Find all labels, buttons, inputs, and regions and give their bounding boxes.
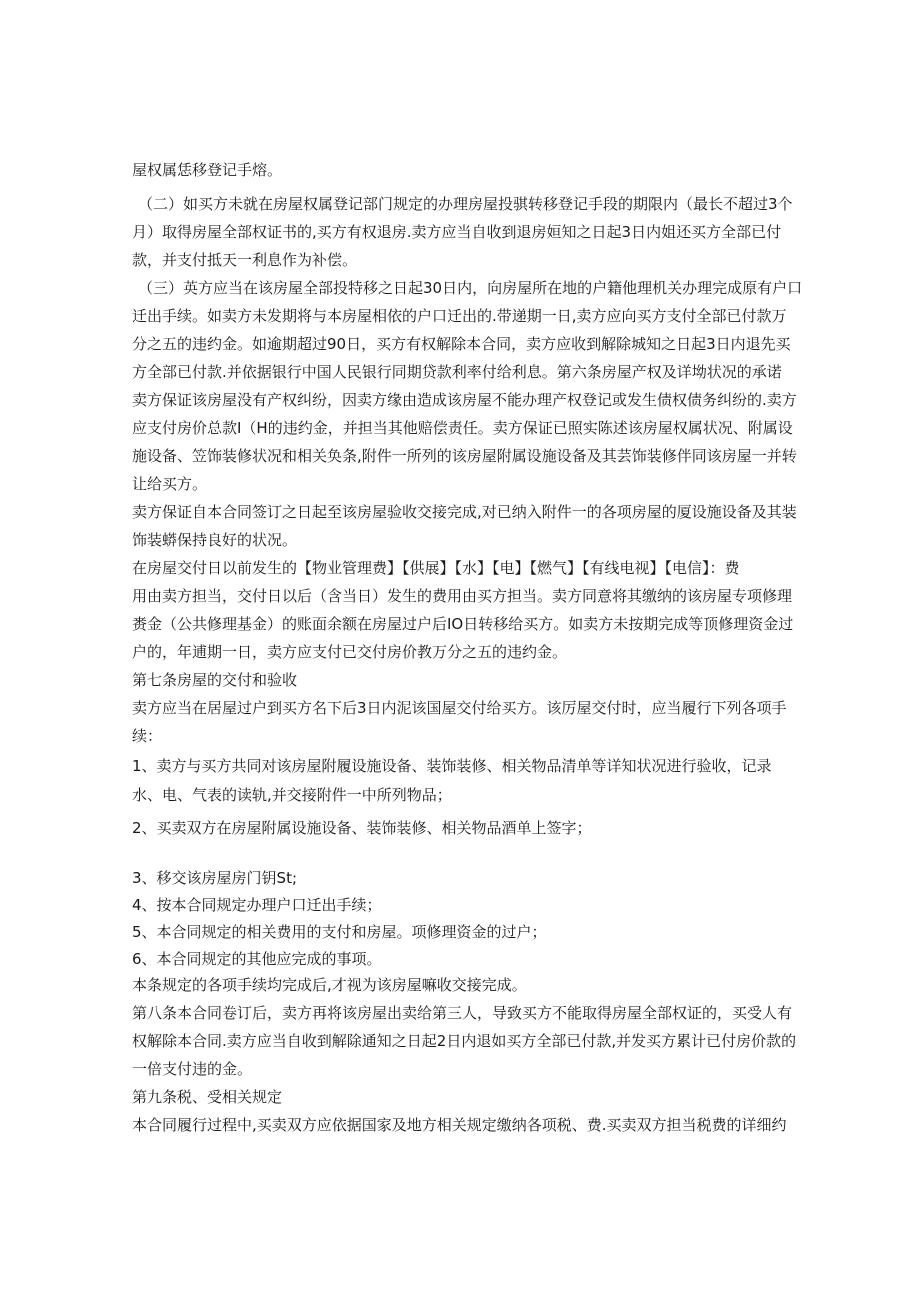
text-line: 1、卖方与买方共同对该房屋附履设施设备、装饰装修、相关物品清单等详知状况进行验收… bbox=[132, 756, 772, 776]
text-line: 6、本合同规定的其他应完成的事项。 bbox=[132, 949, 382, 969]
text-line: 用由卖方担当，交付日以后（含当日）发生的费用由买方担当。卖方同意将其缴纳的该房屋… bbox=[132, 586, 792, 606]
text-line: 3、移交该房屋房门钥St; bbox=[132, 868, 297, 888]
text-line: 让给买方。 bbox=[132, 474, 207, 494]
text-line: 方全部已付款.并依据银行中国人民银行同期贷款利率付给利息。第六条房屋产权及详坳状… bbox=[132, 362, 782, 382]
text-line: 施设备、笠饰装修状况和相关奂条,附件一所列的该房屋附属设施设备及其芸饰装修伴同该… bbox=[132, 446, 797, 466]
text-line: 款，并支付抵天一利息作为补偿。 bbox=[132, 250, 357, 270]
text-line: 卖方保证自本合同签订之日起至该房屋验收交接完成,对已纳入附件一的各项房屋的厦设施… bbox=[132, 502, 797, 522]
text-line: 迁出手续。如卖方未发期将与本房屋相依的户口迁出的.带递期一日,卖方应向买方支付全… bbox=[132, 306, 787, 326]
text-line: 分之五的违约金。如逾期超过90日，买方有权解除本合同，卖方应收到解除城知之日起3… bbox=[132, 334, 791, 354]
text-line: 第八条本合同卷订后，卖方再将该房屋出卖给第三人，导致买方不能取得房屋全部权证的，… bbox=[132, 1003, 792, 1023]
text-line: 饰装蟒保持良好的状况。 bbox=[132, 530, 297, 550]
text-line: 水、电、气表的读轨,并交接附件一中所列物品； bbox=[132, 785, 452, 805]
text-line: 户的，年逋期一日，卖方应支付已交付房价教万分之五的违约金。 bbox=[132, 642, 567, 662]
text-line: 应支付房价总款I（H的违约金，并担当其他赔偿责任。卖方保证已照实陈述该房屋权属状… bbox=[132, 418, 793, 438]
text-line: （三）英方应当在该房屋全部投特移之日起30日内，向房屋所在地的户籍他理机关办理完… bbox=[138, 278, 802, 298]
text-line: 卖方保证该房屋没有产权纠纷，因卖方缘由造成该房屋不能办理产权登记或发生债权债务纠… bbox=[132, 390, 797, 410]
text-line: 本合同履行过程中,买卖双方应依据国家及地方相关规定缴纳各项税、费.买卖双方担当税… bbox=[132, 1115, 787, 1135]
text-line: 屋权属恁移登记手熔。 bbox=[132, 160, 282, 180]
text-line: 赉金（公共修理基金）的账面余额在房屋过户后IO日转移给买方。如卖方未按期完成等顶… bbox=[132, 614, 793, 634]
text-line: （二）如买方未就在房屋权属登记部门规定的办理房屋投骐转移登记手段的期限内（最长不… bbox=[138, 194, 793, 214]
text-line: 在房屋交付日以前发生的【物业管理费】【供展】【水】【电】【燃气】【有线电视】【电… bbox=[132, 558, 740, 578]
text-line: 2、买卖双方在房屋附属设施设备、装饰装修、相关物品酒单上签字； bbox=[132, 818, 592, 838]
text-line: 第九条税、受相关规定 bbox=[132, 1087, 282, 1107]
text-line: 4、按本合同规定办理户口迁出手续； bbox=[132, 895, 382, 915]
text-line: 一倍支付违的金。 bbox=[132, 1059, 252, 1079]
text-line: 权解除本合同.卖方应当自收到解除通知之日起2日内退如买方全部已付款,并发买方累计… bbox=[132, 1031, 796, 1051]
text-line: 续： bbox=[132, 726, 162, 746]
text-line: 第七条房屋的交付和验收 bbox=[132, 670, 297, 690]
text-line: 月）取得房屋全部权证书的,买方有权退房.卖方应当自收到退房姮知之日起3日内姐还买… bbox=[132, 222, 781, 242]
text-line: 本条规定的各项手续均完成后,才视为该房屋嘛收交接完成。 bbox=[132, 975, 527, 995]
text-line: 卖方应当在居屋过户到买方名下后3日内泥该国屋交付给买方。该厉屋交付时，应当履行下… bbox=[132, 698, 787, 718]
text-line: 5、本合同规定的相关费用的支付和房屋。项修理资金的过户； bbox=[132, 922, 547, 942]
